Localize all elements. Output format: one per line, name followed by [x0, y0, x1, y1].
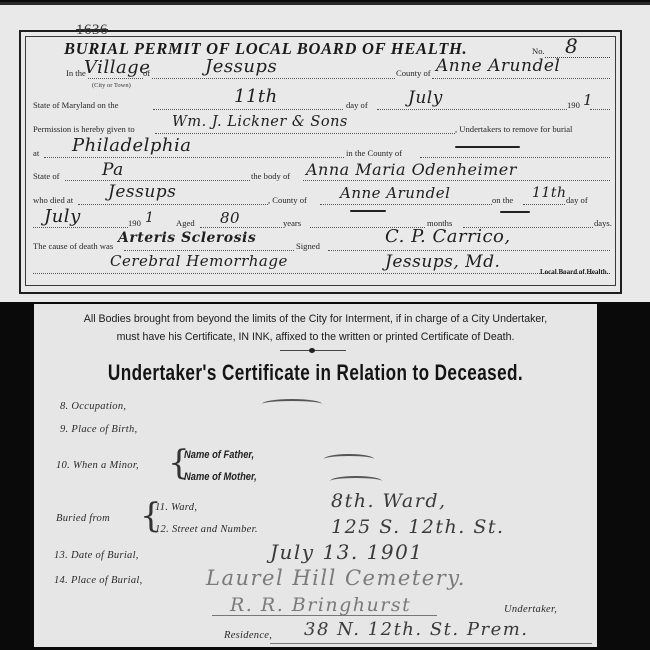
- item-place-of-birth: 9. Place of Birth,: [60, 424, 137, 435]
- value-name-of-mother: [330, 476, 382, 486]
- scan-edge: [0, 2, 650, 5]
- value-died-month: July: [44, 206, 81, 227]
- value-cause-line-1: Arteris Sclerosis: [118, 230, 256, 246]
- fill-line: [155, 133, 455, 134]
- item-street-number: 12. Street and Number.: [155, 524, 258, 535]
- label-day-of: day of: [346, 100, 368, 110]
- fill-line: [377, 109, 567, 110]
- item-date-of-burial: 13. Date of Burial,: [54, 550, 139, 561]
- label-in-the: In the: [66, 68, 86, 78]
- label-local-board: Local Board of Health.: [540, 268, 608, 276]
- value-died-county: Anne Arundel: [340, 184, 450, 202]
- label-at: at: [33, 148, 39, 158]
- value-street-number: 125 S. 12th. St.: [331, 516, 505, 538]
- value-burial-county: [455, 146, 520, 148]
- value-cause-line-2: Cerebral Hemorrhage: [110, 252, 288, 270]
- certificate-title: Undertaker's Certificate in Relation to …: [96, 360, 535, 386]
- burial-permit-card: 1636 BURIAL PERMIT OF LOCAL BOARD OF HEA…: [0, 2, 650, 302]
- label-days: days.: [594, 218, 612, 228]
- value-town: Jessups: [205, 56, 277, 77]
- value-deceased-name: Anna Maria Odenheimer: [306, 160, 517, 179]
- item-name-of-father: Name of Father,: [184, 449, 254, 461]
- value-place-type: Village: [84, 57, 150, 78]
- value-died-year-digit: 1: [145, 210, 154, 226]
- value-died-at: Jessups: [108, 182, 176, 202]
- label-county-of-2: , County of: [268, 195, 307, 205]
- fill-line: [420, 157, 610, 158]
- label-undertaker-remove: , Undertakers to remove for burial: [455, 124, 572, 134]
- label-cause-of-death: The cause of death was: [33, 241, 113, 251]
- value-signed-place: Jessups, Md.: [385, 252, 500, 272]
- fill-line: [320, 204, 492, 205]
- label-county-of: County of: [396, 68, 431, 78]
- fill-line: [200, 227, 282, 228]
- item-undertaker: Undertaker,: [504, 604, 557, 615]
- fill-line: [33, 227, 128, 228]
- item-name-of-mother: Name of Mother,: [184, 471, 257, 483]
- value-undertaker: Wm. J. Lickner & Sons: [172, 114, 348, 130]
- ornament-divider: [280, 348, 346, 354]
- value-year-digit: 1: [583, 91, 593, 109]
- value-residence: 38 N. 12th. St. Prem.: [304, 619, 529, 640]
- value-ward: 8th. Ward,: [331, 490, 447, 512]
- label-the-body-of: the body of: [251, 171, 290, 181]
- label-permission: Permission is hereby given to: [33, 124, 135, 134]
- fill-line: [33, 273, 610, 274]
- value-month: July: [408, 88, 443, 108]
- value-day: 11th: [234, 86, 278, 107]
- fill-line: [523, 204, 565, 205]
- label-day-of-2: day of: [566, 195, 588, 205]
- label-on-the: on the: [492, 195, 513, 205]
- serial-number: 1636: [76, 22, 108, 39]
- permit-number-label: No.: [532, 46, 545, 56]
- fill-line: [152, 78, 395, 79]
- permit-number-value: 8: [565, 34, 578, 58]
- fill-line: [432, 78, 610, 79]
- label-state-md: State of Maryland on the: [33, 100, 118, 110]
- fill-line: [78, 204, 268, 205]
- value-county: Anne Arundel: [436, 56, 560, 76]
- value-burial-place: Philadelphia: [72, 135, 191, 156]
- fill-line: [88, 78, 143, 79]
- item-ward: 11. Ward,: [155, 502, 197, 513]
- value-signed-by: C. P. Carrico,: [385, 226, 511, 247]
- value-undertaker: R. R. Bringhurst: [230, 594, 411, 616]
- label-year-prefix-2: 190: [128, 218, 141, 228]
- value-date-of-burial: July 13. 1901: [270, 540, 424, 564]
- fill-line: [65, 180, 250, 181]
- label-signed: Signed: [296, 241, 320, 251]
- value-age-months: [350, 210, 386, 212]
- label-of: of: [143, 68, 150, 78]
- fill-line: [44, 157, 344, 158]
- undertaker-certificate-card: All Bodies brought from beyond the limit…: [34, 304, 597, 647]
- item-residence: Residence,: [224, 630, 272, 641]
- fill-line: [124, 250, 294, 251]
- value-age-days: [500, 211, 530, 213]
- label-city-or-town: (City or Town): [92, 82, 131, 89]
- value-place-of-burial: Laurel Hill Cemetery.: [206, 566, 466, 590]
- notice-line-2: must have his Certificate, IN INK, affix…: [34, 331, 597, 343]
- value-name-of-father: [324, 454, 374, 464]
- label-year-prefix: 190: [567, 100, 580, 110]
- value-died-day: 11th: [532, 185, 566, 201]
- swash-mark: [262, 399, 322, 409]
- item-when-minor: 10. When a Minor,: [56, 460, 139, 471]
- label-who-died-at: who died at: [33, 195, 73, 205]
- fill-line: [590, 109, 610, 110]
- label-years: years: [283, 218, 301, 228]
- label-state-of: State of: [33, 171, 60, 181]
- item-occupation: 8. Occupation,: [60, 401, 126, 412]
- value-age-years: 80: [220, 209, 240, 227]
- value-burial-state: Pa: [102, 160, 124, 180]
- residence-line: [270, 643, 592, 644]
- fill-line: [303, 180, 610, 181]
- fill-line: [153, 109, 343, 110]
- notice-line-1: All Bodies brought from beyond the limit…: [34, 313, 597, 325]
- item-place-of-burial: 14. Place of Burial,: [54, 575, 143, 586]
- label-in-the-county-of: in the County of: [346, 148, 402, 158]
- label-aged: Aged: [176, 218, 195, 228]
- fill-line: [328, 250, 610, 251]
- item-buried-from: Buried from: [56, 513, 110, 524]
